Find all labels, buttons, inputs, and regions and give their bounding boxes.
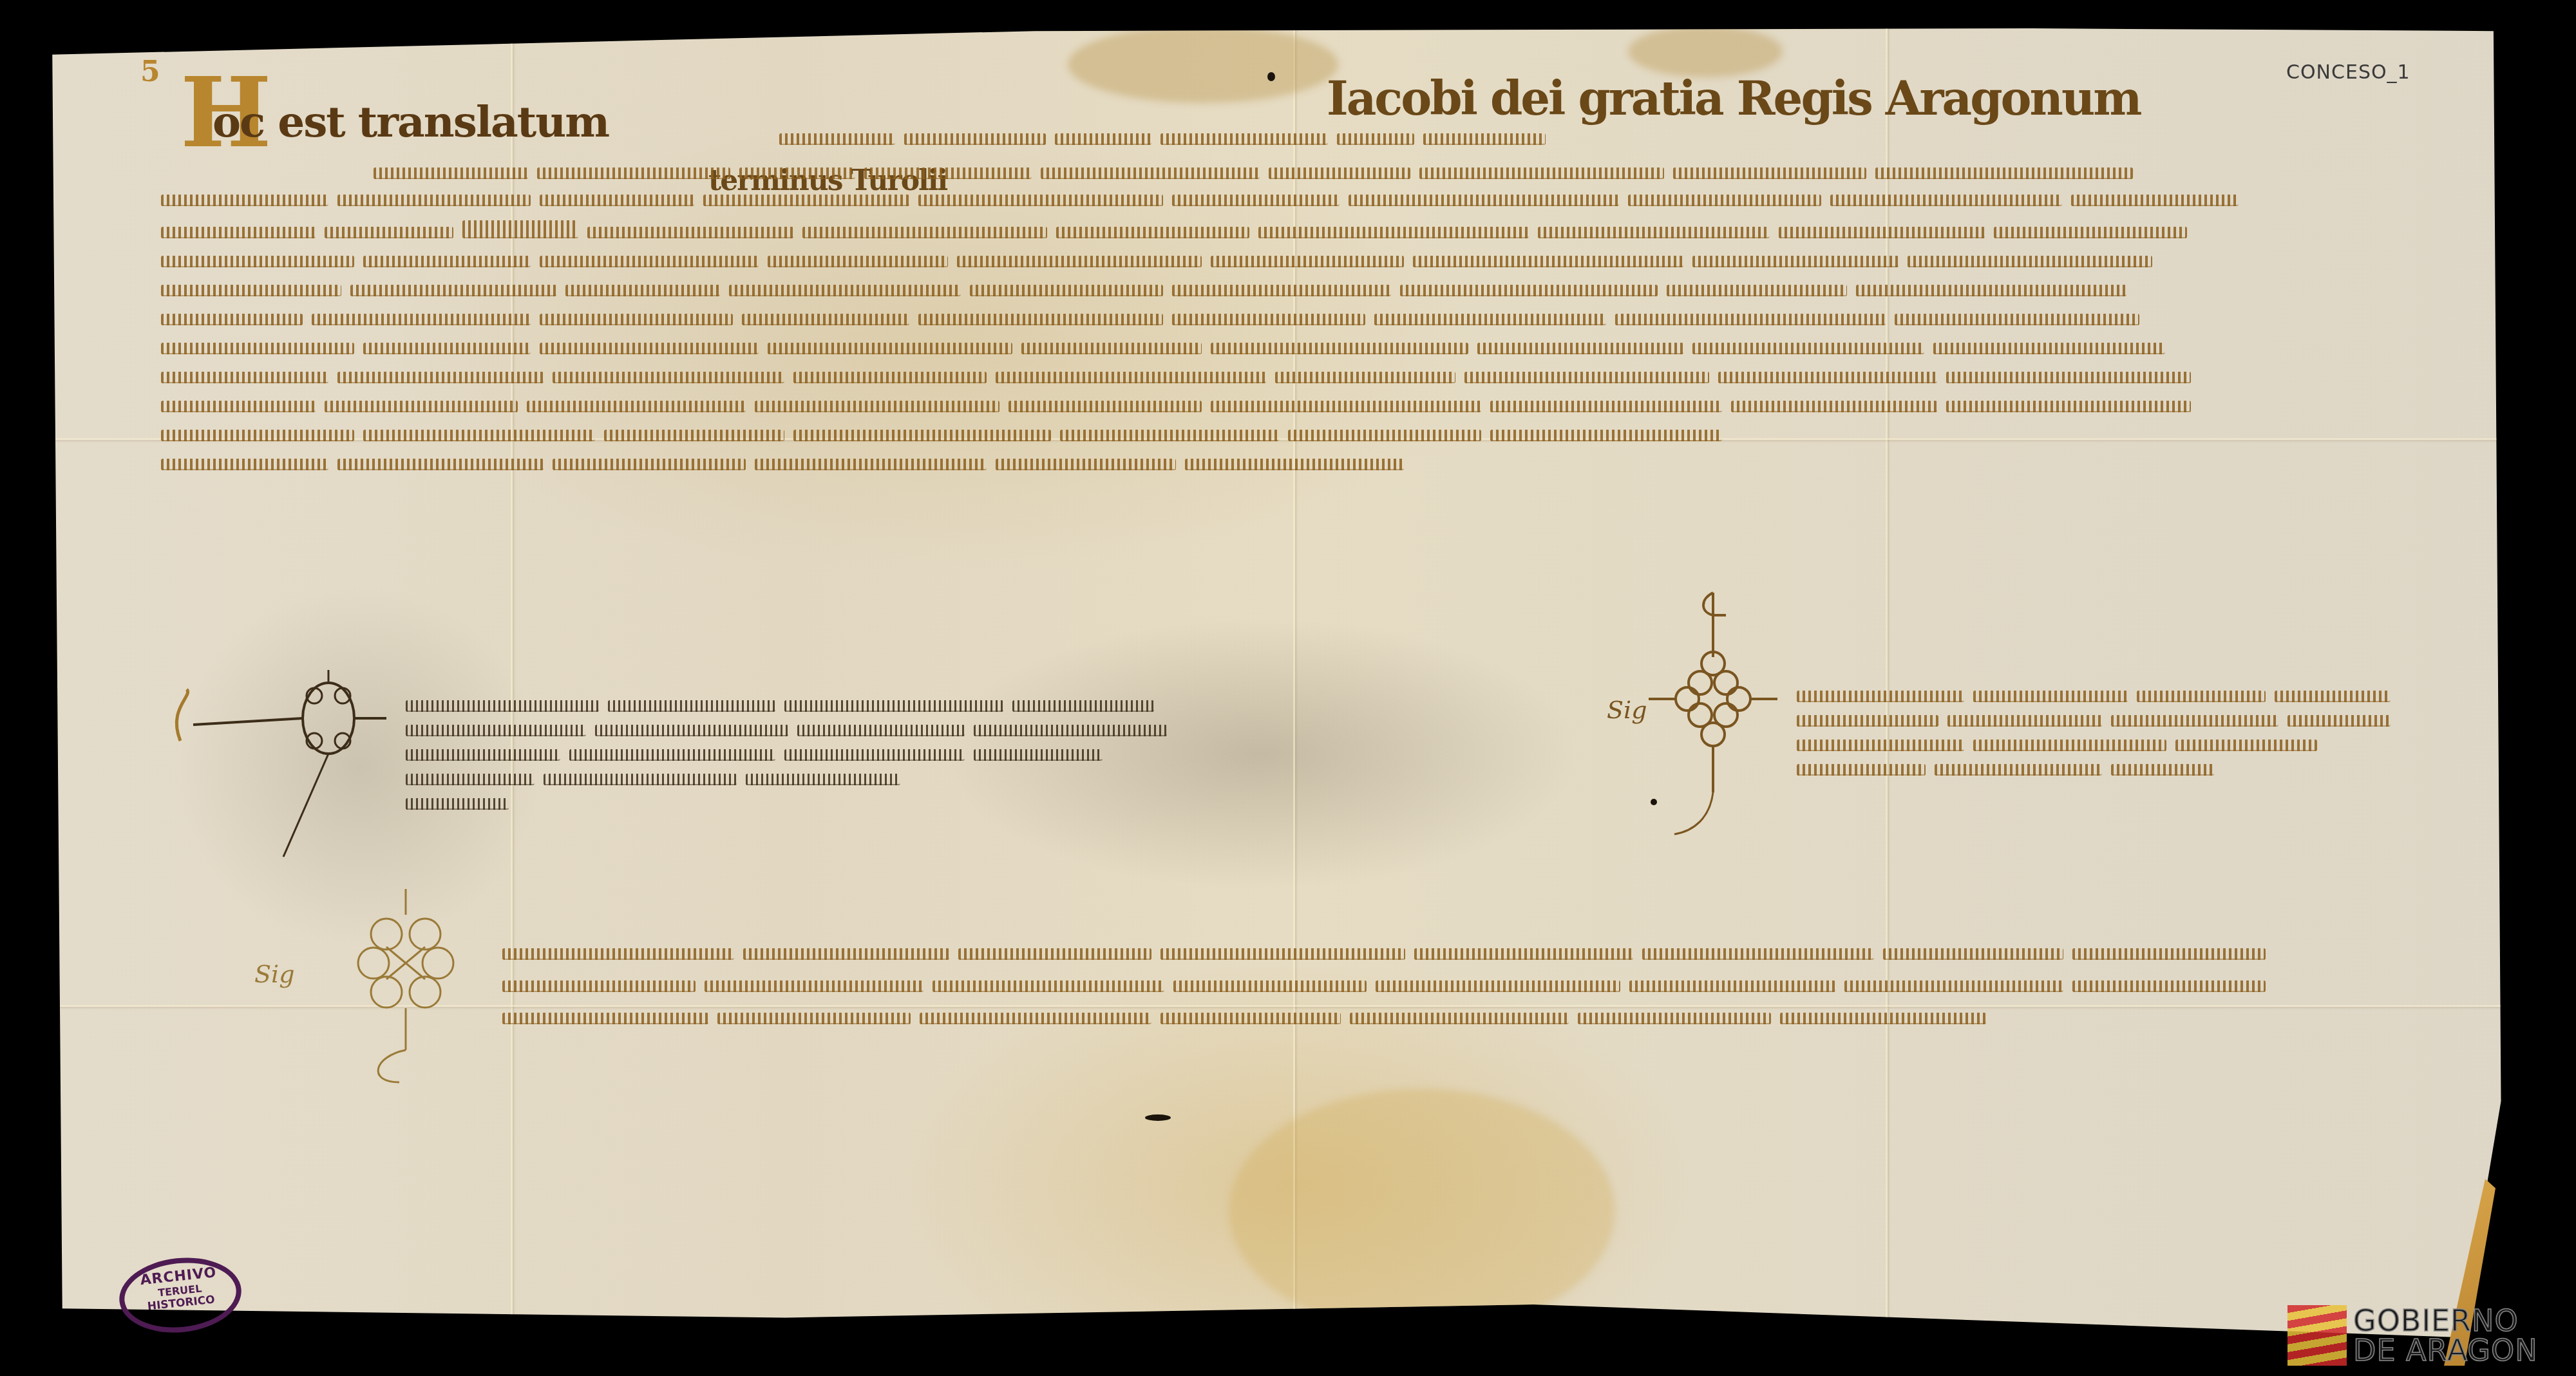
watermark-line2: DE ARAGON [2353, 1335, 2538, 1365]
text-line [374, 160, 2133, 179]
charter-body [161, 0, 2415, 515]
text-line [502, 941, 2266, 960]
government-watermark: GOBIERNO DE ARAGON [2287, 1305, 2538, 1366]
text-line [161, 451, 1404, 470]
aragon-flag-icon [2287, 1305, 2347, 1366]
text-line [779, 126, 1546, 145]
signum-label-right: Sig [1607, 696, 1647, 724]
signum-knot-icon [1649, 580, 1777, 837]
text-line [161, 422, 1722, 441]
text-line [161, 248, 2152, 267]
text-line [1797, 756, 2214, 776]
text-line [1797, 683, 2391, 702]
text-line [406, 766, 900, 785]
notary-signum-right [1649, 580, 1777, 837]
text-line [406, 741, 1103, 761]
margin-number: 5 [140, 55, 160, 88]
text-line [502, 1005, 1986, 1024]
text-line [406, 717, 1167, 736]
watermark-line1: GOBIERNO [2353, 1306, 2538, 1335]
text-line [406, 790, 509, 810]
notary-signum-bottom [348, 889, 464, 1089]
text-line [161, 393, 2191, 412]
water-stain [1229, 1089, 1615, 1333]
signum-cross-icon [155, 670, 399, 863]
text-line [161, 335, 2165, 354]
notary-signum-left [155, 670, 399, 863]
text-line [406, 693, 1154, 712]
text-line [161, 306, 2139, 325]
text-line [1797, 707, 2391, 727]
signum-rosette-icon [348, 889, 464, 1089]
ink-blot [1145, 1114, 1171, 1121]
text-line [161, 219, 2187, 238]
text-line [502, 973, 2266, 992]
worm-hole [2504, 71, 2512, 80]
text-line [161, 364, 2191, 383]
text-line [161, 187, 2239, 206]
text-line [1797, 732, 2317, 751]
signum-label-bottom: Sig [254, 960, 295, 988]
text-line [161, 277, 2126, 296]
watermark-text: GOBIERNO DE ARAGON [2353, 1306, 2538, 1365]
